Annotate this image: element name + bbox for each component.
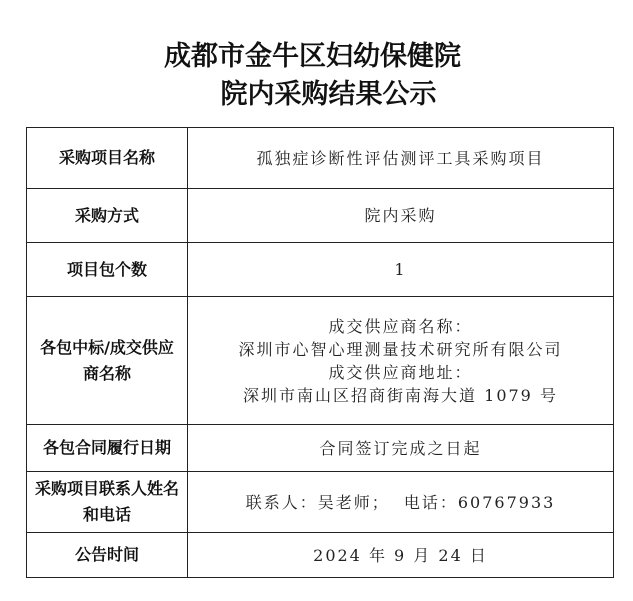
row-label: 采购方式 [27,189,188,243]
row-label: 采购项目名称 [27,128,188,189]
supplier-name: 深圳市心智心理测量技术研究所有限公司 [192,338,609,361]
row-label: 项目包个数 [27,243,188,297]
supplier-address: 深圳市南山区招商街南海大道 1079 号 [192,384,609,407]
table-row-contract-date: 各包合同履行日期 合同签订完成之日起 [27,425,614,472]
row-label: 各包中标/成交供应商名称 [27,297,188,425]
row-value: 1 [188,243,614,297]
table-row-package-count: 项目包个数 1 [27,243,614,297]
row-value: 联系人：吴老师； 电话：60767933 [188,472,614,533]
table-row-procurement-method: 采购方式 院内采购 [27,189,614,243]
row-label: 各包合同履行日期 [27,425,188,472]
page-title-line2: 院内采购结果公示 [12,72,633,111]
table-row-contact: 采购项目联系人姓名和电话 联系人：吴老师； 电话：60767933 [27,472,614,533]
row-value-supplier: 成交供应商名称： 深圳市心智心理测量技术研究所有限公司 成交供应商地址： 深圳市… [188,297,614,425]
procurement-result-table: 采购项目名称 孤独症诊断性评估测评工具采购项目 采购方式 院内采购 项目包个数 … [26,127,614,578]
table-row-announcement-date: 公告时间 2024 年 9 月 24 日 [27,533,614,578]
row-value: 合同签订完成之日起 [188,425,614,472]
row-value: 孤独症诊断性评估测评工具采购项目 [188,128,614,189]
table-row-project-name: 采购项目名称 孤独症诊断性评估测评工具采购项目 [27,128,614,189]
table-row-supplier: 各包中标/成交供应商名称 成交供应商名称： 深圳市心智心理测量技术研究所有限公司… [27,297,614,425]
row-label: 采购项目联系人姓名和电话 [27,472,188,533]
page-title-line1: 成都市金牛区妇幼保健院 [0,34,629,73]
supplier-name-label: 成交供应商名称： [192,315,609,338]
row-value: 院内采购 [188,189,614,243]
row-value: 2024 年 9 月 24 日 [188,533,614,578]
row-label: 公告时间 [27,533,188,578]
supplier-address-label: 成交供应商地址： [192,361,609,384]
